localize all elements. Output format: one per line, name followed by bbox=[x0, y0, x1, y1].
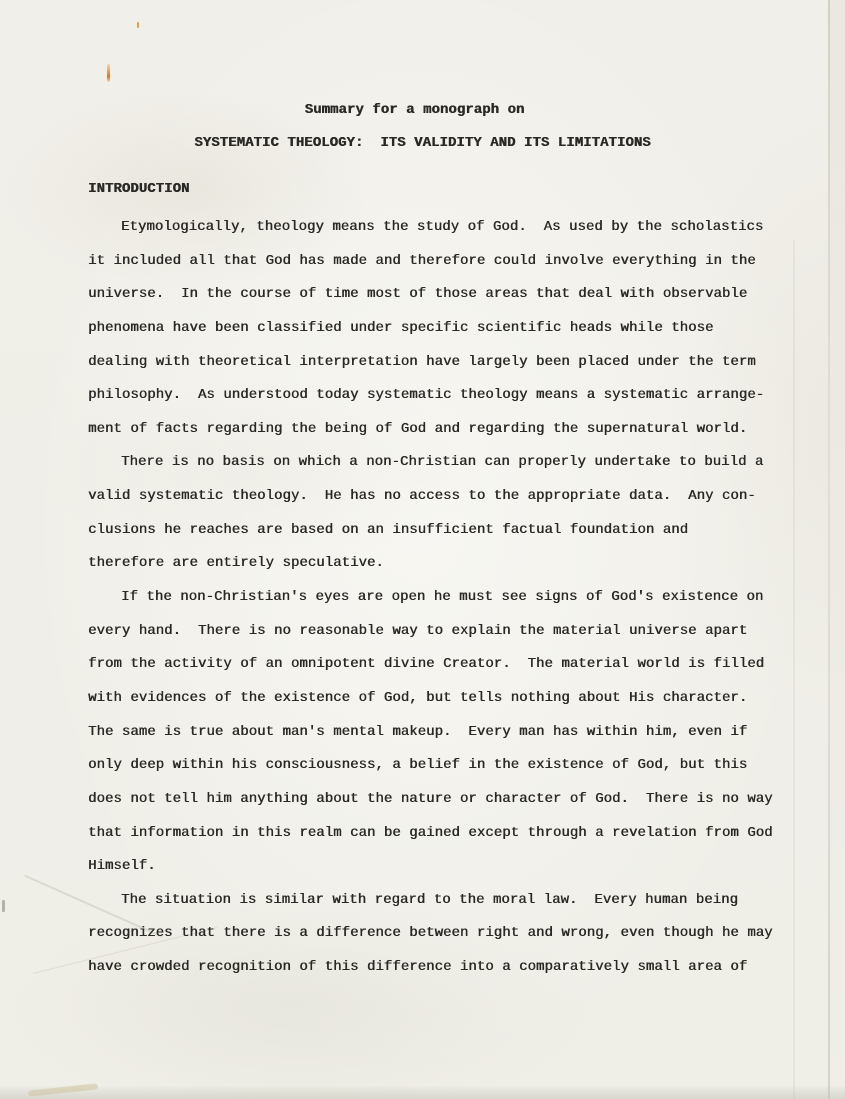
text-line: valid systematic theology. He has no acc… bbox=[88, 480, 788, 514]
text-line: Himself. bbox=[88, 850, 788, 884]
text-line: recognizes that there is a difference be… bbox=[88, 917, 788, 951]
text-line: therefore are entirely speculative. bbox=[88, 547, 788, 581]
text-line: ment of facts regarding the being of God… bbox=[88, 413, 788, 447]
paper-right-edge bbox=[830, 0, 845, 1099]
section-heading: INTRODUCTION bbox=[88, 179, 189, 199]
document-title: SYSTEMATIC THEOLOGY: ITS VALIDITY AND IT… bbox=[0, 133, 845, 153]
paper-bottom-shadow bbox=[0, 1086, 845, 1099]
fold-crease-right bbox=[828, 0, 830, 1099]
text-line: phenomena have been classified under spe… bbox=[88, 312, 788, 346]
ink-speck bbox=[137, 22, 139, 28]
text-line: every hand. There is no reasonable way t… bbox=[88, 615, 788, 649]
text-line: dealing with theoretical interpretation … bbox=[88, 346, 788, 380]
text-line: only deep within his consciousness, a be… bbox=[88, 749, 788, 783]
text-line: If the non-Christian's eyes are open he … bbox=[88, 581, 788, 615]
text-line: There is no basis on which a non-Christi… bbox=[88, 446, 788, 480]
ink-speck bbox=[107, 64, 110, 82]
text-line: have crowded recognition of this differe… bbox=[88, 951, 788, 985]
text-line: philosophy. As understood today systemat… bbox=[88, 379, 788, 413]
document-body: Etymologically, theology means the study… bbox=[88, 211, 788, 985]
text-line: Etymologically, theology means the study… bbox=[88, 211, 788, 245]
text-line: universe. In the course of time most of … bbox=[88, 278, 788, 312]
text-line: with evidences of the existence of God, … bbox=[88, 682, 788, 716]
text-line: does not tell him anything about the nat… bbox=[88, 783, 788, 817]
document-page: Summary for a monograph on SYSTEMATIC TH… bbox=[0, 0, 845, 1099]
document-subtitle: Summary for a monograph on bbox=[0, 100, 837, 120]
text-line: clusions he reaches are based on an insu… bbox=[88, 514, 788, 548]
text-line: The same is true about man's mental make… bbox=[88, 716, 788, 750]
text-line: The situation is similar with regard to … bbox=[88, 884, 788, 918]
text-line: it included all that God has made and th… bbox=[88, 245, 788, 279]
text-line: from the activity of an omnipotent divin… bbox=[88, 648, 788, 682]
fold-crease-faint bbox=[793, 240, 795, 1099]
edge-speck bbox=[2, 900, 5, 912]
text-line: that information in this realm can be ga… bbox=[88, 817, 788, 851]
